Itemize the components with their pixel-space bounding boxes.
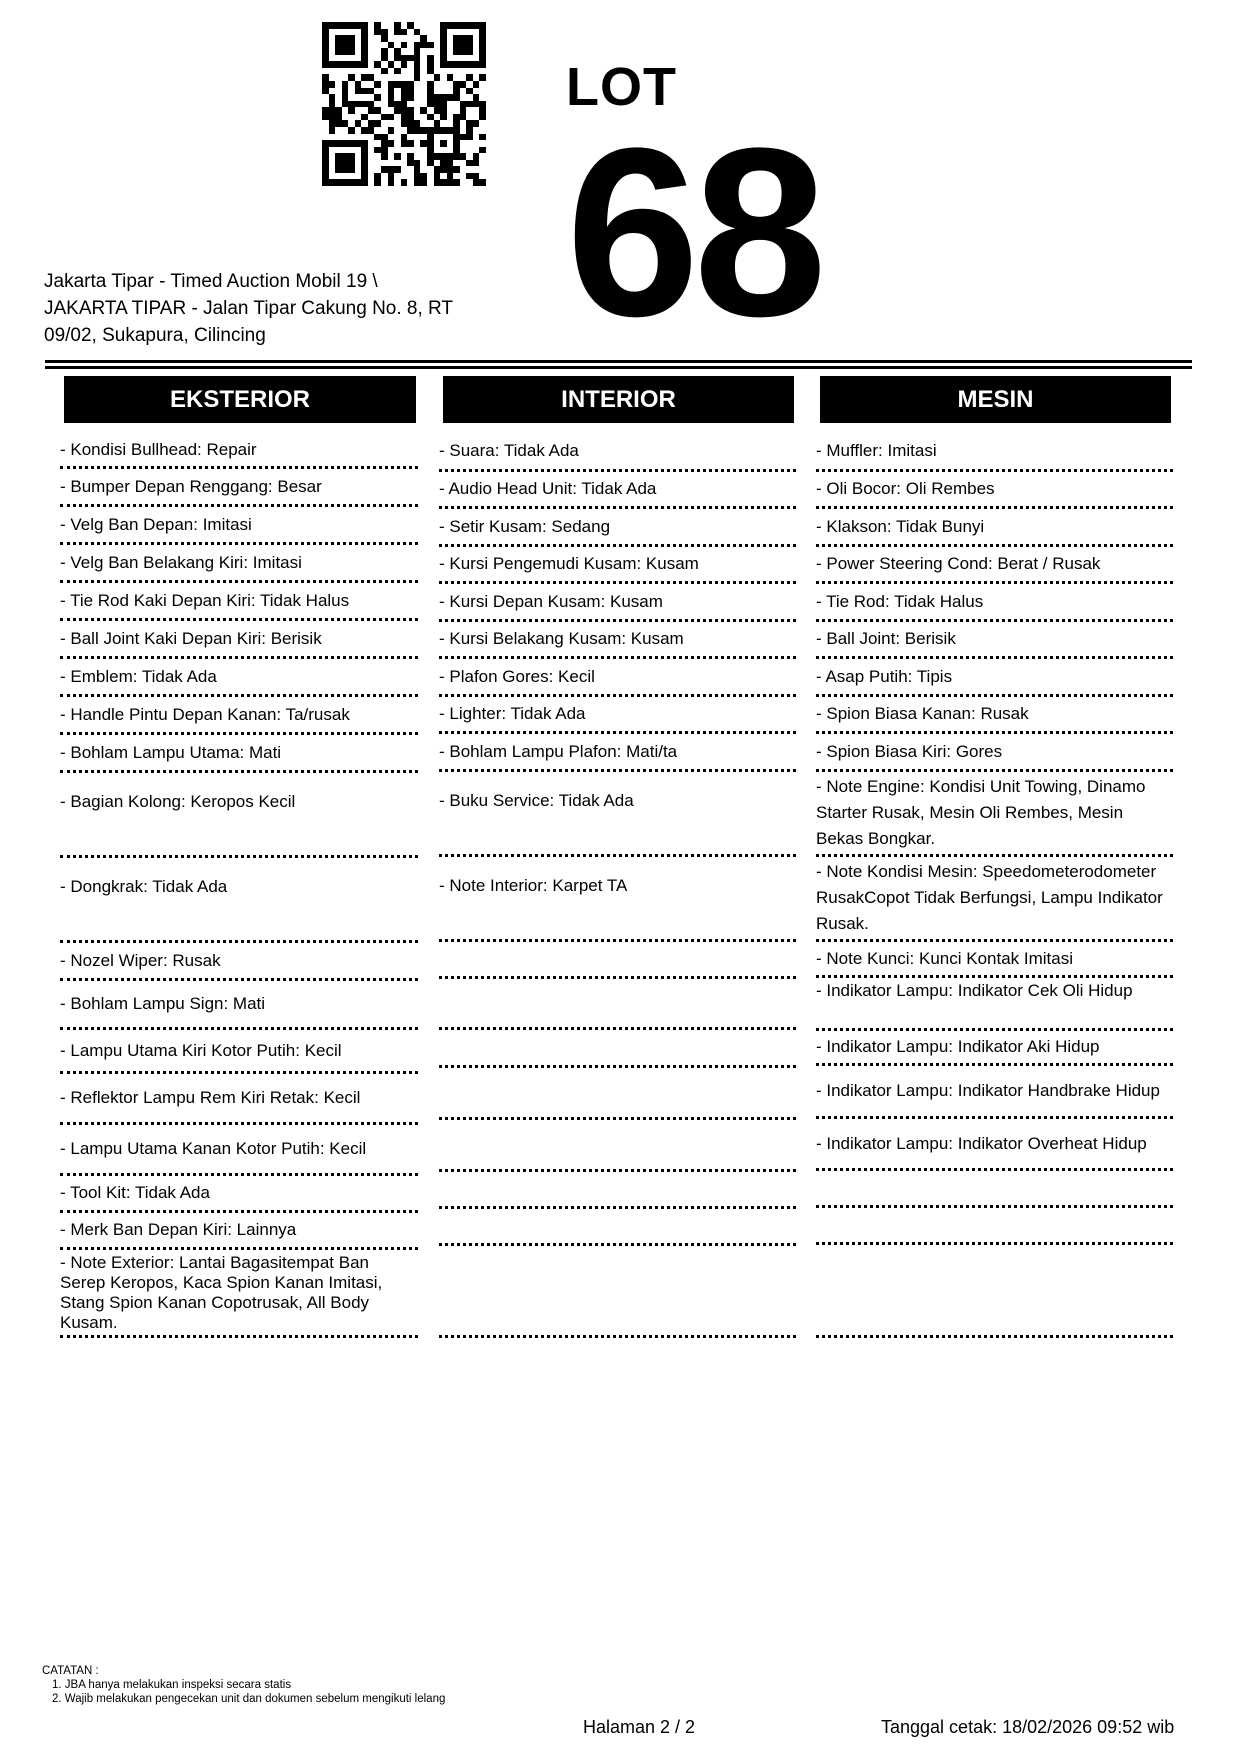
inspection-item: - Indikator Lampu: Indikator Aki Hidup: [816, 1036, 1099, 1058]
inspection-item: - Buku Service: Tidak Ada: [439, 790, 634, 812]
inspection-item: - Lampu Utama Kiri Kotor Putih: Kecil: [60, 1040, 342, 1062]
inspection-row: - Spion Biasa Kanan: Rusak: [816, 697, 1173, 734]
inspection-item: - Bohlam Lampu Utama: Mati: [60, 742, 281, 764]
lot-number: 68: [566, 112, 821, 352]
inspection-row: - Reflektor Lampu Rem Kiri Retak: Kecil: [60, 1074, 418, 1125]
inspection-row: - Kursi Pengemudi Kusam: Kusam: [439, 547, 796, 584]
notes-title: CATATAN :: [42, 1664, 445, 1678]
inspection-row: - Ball Joint: Berisik: [816, 622, 1173, 659]
inspection-item: - Note Kondisi Mesin: Speedometerodomete…: [816, 859, 1173, 937]
inspection-row: - Indikator Lampu: Indikator Overheat Hi…: [816, 1119, 1173, 1171]
inspection-item: - Handle Pintu Depan Kanan: Ta/rusak: [60, 704, 350, 726]
inspection-row: - Merk Ban Depan Kiri: Lainnya: [60, 1213, 418, 1250]
inspection-row: - Bagian Kolong: Keropos Kecil: [60, 773, 418, 858]
inspection-item: - Emblem: Tidak Ada: [60, 666, 217, 688]
note-item: 2. Wajib melakukan pengecekan unit dan d…: [52, 1692, 445, 1706]
address-line: JAKARTA TIPAR - Jalan Tipar Cakung No. 8…: [44, 295, 514, 322]
inspection-item: - Note Interior: Karpet TA: [439, 875, 627, 897]
inspection-item: - Note Exterior: Lantai Bagasitempat Ban…: [60, 1253, 418, 1333]
inspection-row: - Tie Rod Kaki Depan Kiri: Tidak Halus: [60, 583, 418, 621]
inspection-item: - Kursi Depan Kusam: Kusam: [439, 591, 663, 613]
inspection-item: - Merk Ban Depan Kiri: Lainnya: [60, 1219, 296, 1241]
inspection-row: - Handle Pintu Depan Kanan: Ta/rusak: [60, 697, 418, 735]
inspection-item: - Note Kunci: Kunci Kontak Imitasi: [816, 948, 1073, 970]
inspection-item: - Plafon Gores: Kecil: [439, 666, 595, 688]
inspection-row: - Lighter: Tidak Ada: [439, 697, 796, 734]
inspection-item: - Asap Putih: Tipis: [816, 666, 952, 688]
inspection-item: - Dongkrak: Tidak Ada: [60, 876, 227, 898]
inspection-row: - Note Kunci: Kunci Kontak Imitasi: [816, 942, 1173, 978]
inspection-row: - Tie Rod: Tidak Halus: [816, 584, 1173, 622]
header-divider: [45, 360, 1192, 363]
inspection-row: - Note Engine: Kondisi Unit Towing, Dina…: [816, 772, 1173, 857]
inspection-row: - Power Steering Cond: Berat / Rusak: [816, 547, 1173, 584]
inspection-item: - Indikator Lampu: Indikator Handbrake H…: [816, 1078, 1160, 1104]
inspection-row: [816, 1208, 1173, 1245]
inspection-row: - Velg Ban Belakang Kiri: Imitasi: [60, 545, 418, 583]
inspection-item: - Velg Ban Depan: Imitasi: [60, 514, 252, 536]
inspection-item: - Lampu Utama Kanan Kotor Putih: Kecil: [60, 1138, 366, 1160]
auction-address: Jakarta Tipar - Timed Auction Mobil 19 \…: [44, 268, 514, 349]
inspection-item: - Bumper Depan Renggang: Besar: [60, 476, 322, 498]
inspection-item: - Suara: Tidak Ada: [439, 440, 579, 462]
inspection-list: - Kondisi Bullhead: Repair- Bumper Depan…: [64, 423, 416, 1338]
inspection-row: - Suara: Tidak Ada: [439, 433, 796, 472]
inspection-row: [816, 1171, 1173, 1208]
section-header: EKSTERIOR: [64, 376, 416, 423]
inspection-item: - Bohlam Lampu Plafon: Mati/ta: [439, 741, 677, 763]
inspection-row: - Oli Bocor: Oli Rembes: [816, 472, 1173, 509]
section-header: MESIN: [820, 376, 1171, 423]
section-mesin: MESIN - Muffler: Imitasi- Oli Bocor: Oli…: [820, 376, 1171, 1338]
qr-code-icon: [322, 22, 486, 186]
inspection-row: - Indikator Lampu: Indikator Cek Oli Hid…: [816, 978, 1173, 1031]
inspection-list: - Muffler: Imitasi- Oli Bocor: Oli Rembe…: [820, 423, 1171, 1338]
inspection-row: [816, 1245, 1173, 1338]
address-line: Jakarta Tipar - Timed Auction Mobil 19 \: [44, 268, 514, 295]
inspection-row: - Lampu Utama Kiri Kotor Putih: Kecil: [60, 1030, 418, 1074]
inspection-item: - Kursi Belakang Kusam: Kusam: [439, 628, 684, 650]
inspection-row: - Muffler: Imitasi: [816, 433, 1173, 472]
inspection-row: - Kursi Belakang Kusam: Kusam: [439, 622, 796, 659]
inspection-item: - Note Engine: Kondisi Unit Towing, Dina…: [816, 774, 1173, 852]
inspection-row: - Klakson: Tidak Bunyi: [816, 509, 1173, 547]
inspection-item: - Spion Biasa Kiri: Gores: [816, 741, 1002, 763]
address-line: 09/02, Sukapura, Cilincing: [44, 322, 514, 349]
inspection-item: - Lighter: Tidak Ada: [439, 703, 585, 725]
inspection-row: - Dongkrak: Tidak Ada: [60, 858, 418, 943]
inspection-row: [439, 1246, 796, 1338]
inspection-item: - Tie Rod: Tidak Halus: [816, 591, 983, 613]
inspection-row: - Ball Joint Kaki Depan Kiri: Berisik: [60, 621, 418, 659]
inspection-row: [439, 1120, 796, 1172]
header-divider: [45, 366, 1192, 369]
inspection-row: [439, 1209, 796, 1246]
inspection-item: - Ball Joint Kaki Depan Kiri: Berisik: [60, 628, 322, 650]
inspection-row: - Bohlam Lampu Utama: Mati: [60, 735, 418, 773]
inspection-row: - Note Kondisi Mesin: Speedometerodomete…: [816, 857, 1173, 942]
inspection-row: - Note Interior: Karpet TA: [439, 857, 796, 942]
inspection-row: - Kondisi Bullhead: Repair: [60, 433, 418, 469]
inspection-row: [439, 942, 796, 979]
inspection-item: - Bagian Kolong: Keropos Kecil: [60, 791, 295, 813]
inspection-item: - Reflektor Lampu Rem Kiri Retak: Kecil: [60, 1087, 360, 1109]
inspection-row: - Spion Biasa Kiri: Gores: [816, 734, 1173, 772]
inspection-item: - Bohlam Lampu Sign: Mati: [60, 993, 265, 1015]
section-interior: INTERIOR - Suara: Tidak Ada- Audio Head …: [443, 376, 794, 1338]
inspection-row: - Note Exterior: Lantai Bagasitempat Ban…: [60, 1250, 418, 1338]
section-header: INTERIOR: [443, 376, 794, 423]
inspection-row: - Bohlam Lampu Sign: Mati: [60, 981, 418, 1030]
inspection-item: - Audio Head Unit: Tidak Ada: [439, 478, 656, 500]
inspection-row: [439, 979, 796, 1030]
inspection-row: - Bumper Depan Renggang: Besar: [60, 469, 418, 507]
inspection-item: - Indikator Lampu: Indikator Cek Oli Hid…: [816, 980, 1133, 1002]
inspection-item: - Velg Ban Belakang Kiri: Imitasi: [60, 552, 302, 574]
inspection-row: - Setir Kusam: Sedang: [439, 509, 796, 547]
inspection-item: - Muffler: Imitasi: [816, 440, 937, 462]
inspection-item: - Setir Kusam: Sedang: [439, 516, 610, 538]
inspection-row: - Buku Service: Tidak Ada: [439, 772, 796, 857]
inspection-item: - Nozel Wiper: Rusak: [60, 950, 221, 972]
inspection-row: - Emblem: Tidak Ada: [60, 659, 418, 697]
inspection-item: - Oli Bocor: Oli Rembes: [816, 478, 995, 500]
page-number: Halaman 2 / 2: [583, 1717, 695, 1738]
inspection-row: - Plafon Gores: Kecil: [439, 659, 796, 697]
inspection-row: - Asap Putih: Tipis: [816, 659, 1173, 697]
inspection-row: - Audio Head Unit: Tidak Ada: [439, 472, 796, 509]
print-date: Tanggal cetak: 18/02/2026 09:52 wib: [881, 1717, 1174, 1738]
inspection-item: - Power Steering Cond: Berat / Rusak: [816, 553, 1100, 575]
inspection-item: - Spion Biasa Kanan: Rusak: [816, 703, 1029, 725]
inspection-item: - Kondisi Bullhead: Repair: [60, 439, 257, 461]
section-eksterior: EKSTERIOR - Kondisi Bullhead: Repair- Bu…: [64, 376, 416, 1338]
inspection-item: - Tool Kit: Tidak Ada: [60, 1182, 210, 1204]
inspection-item: - Ball Joint: Berisik: [816, 628, 956, 650]
inspection-item: - Indikator Lampu: Indikator Overheat Hi…: [816, 1131, 1147, 1157]
inspection-row: - Bohlam Lampu Plafon: Mati/ta: [439, 734, 796, 772]
inspection-row: [439, 1030, 796, 1068]
footer-notes: CATATAN : 1. JBA hanya melakukan inspeks…: [42, 1664, 445, 1706]
inspection-row: - Tool Kit: Tidak Ada: [60, 1176, 418, 1213]
inspection-list: - Suara: Tidak Ada- Audio Head Unit: Tid…: [443, 423, 794, 1338]
inspection-row: - Lampu Utama Kanan Kotor Putih: Kecil: [60, 1125, 418, 1176]
inspection-row: [439, 1172, 796, 1209]
inspection-item: - Klakson: Tidak Bunyi: [816, 516, 984, 538]
inspection-row: - Indikator Lampu: Indikator Handbrake H…: [816, 1066, 1173, 1119]
inspection-row: - Nozel Wiper: Rusak: [60, 943, 418, 981]
inspection-row: - Velg Ban Depan: Imitasi: [60, 507, 418, 545]
inspection-item: - Kursi Pengemudi Kusam: Kusam: [439, 553, 699, 575]
inspection-row: - Indikator Lampu: Indikator Aki Hidup: [816, 1031, 1173, 1066]
inspection-item: - Tie Rod Kaki Depan Kiri: Tidak Halus: [60, 590, 349, 612]
inspection-row: - Kursi Depan Kusam: Kusam: [439, 584, 796, 622]
note-item: 1. JBA hanya melakukan inspeksi secara s…: [52, 1678, 445, 1692]
inspection-row: [439, 1068, 796, 1120]
